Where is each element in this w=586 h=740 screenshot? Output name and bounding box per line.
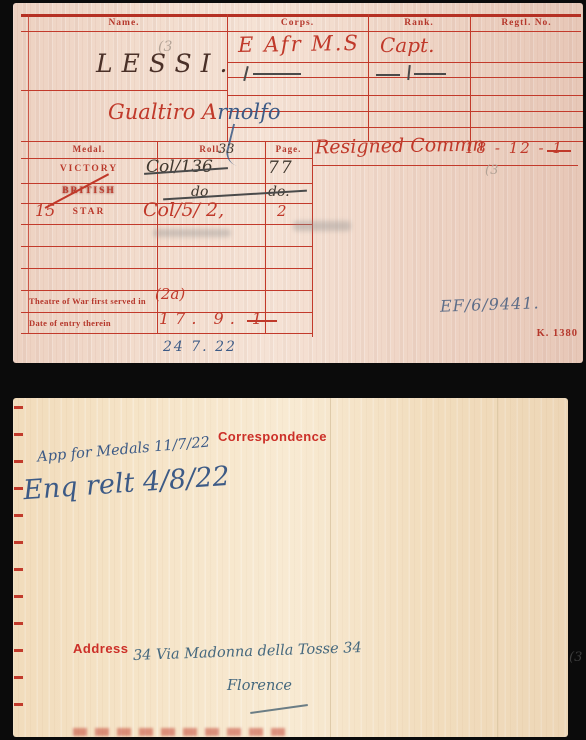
blue-date-note-handwriting: 24 7. 22	[163, 339, 237, 355]
reference-handwriting: EF/6/9441.	[440, 293, 540, 315]
rule-line	[21, 333, 312, 334]
rule-line	[312, 165, 578, 166]
back-card: Correspondence App for Medals 11/7/22 En…	[13, 398, 568, 737]
date-tail-stroke	[247, 320, 277, 322]
theatre-label: Theatre of War first served in	[29, 296, 146, 306]
roll-header: Roll.	[157, 144, 265, 154]
theatre-value-handwriting: (2a)	[155, 285, 185, 303]
rule-line	[265, 141, 266, 333]
roll-note-handwriting: 33	[218, 142, 235, 157]
forename-handwriting-blue: rnolfo	[217, 100, 280, 124]
rank-column-header: Rank.	[368, 18, 470, 28]
rule-line	[21, 268, 312, 269]
star-page-handwriting: 2	[277, 202, 287, 220]
pencil-mark-front-2: (3	[485, 163, 498, 178]
date-entry-handwriting: 17. 9. 1	[159, 309, 268, 328]
rule-line	[21, 224, 312, 225]
victory-page-handwriting: 77	[268, 158, 294, 178]
correspondence-note-2: Enq relt 4/8/22	[22, 461, 230, 506]
corps-column-header: Corps.	[227, 18, 368, 28]
correspondence-note-1: App for Medals 11/7/22	[37, 434, 211, 465]
rule-line	[21, 246, 312, 247]
address-underline-flourish	[250, 704, 308, 714]
medal-index-card-scan: Name. Corps. Rank. Regtl. No. LESSI. Gua…	[0, 0, 586, 740]
remark-date-handwriting: 18 - 12 - 1	[465, 139, 564, 157]
binding-margin-dashes	[14, 406, 23, 721]
name-column-header: Name.	[21, 18, 227, 28]
rule-line	[21, 90, 227, 91]
paper-crease	[497, 398, 498, 737]
address-line-1: 34 Via Madonna della Tosse 34	[133, 640, 362, 664]
cut-off-printed-line	[73, 728, 288, 736]
front-card: Name. Corps. Rank. Regtl. No. LESSI. Gua…	[13, 3, 583, 363]
page-header: Page.	[265, 144, 312, 154]
address-heading: Address	[73, 641, 129, 656]
rule-line	[227, 95, 583, 96]
grey-smudge	[293, 221, 351, 231]
corps-value-handwriting: E Afr M.S	[238, 31, 360, 57]
pencil-mark-front: (3	[158, 39, 172, 55]
remark-handwriting: Resigned Commn	[315, 134, 485, 159]
correspondence-heading: Correspondence	[218, 429, 327, 444]
ditto-stroke	[376, 74, 400, 76]
ditto-stroke	[243, 66, 248, 81]
address-line-2: Florence	[227, 678, 292, 694]
rule-line	[312, 141, 313, 337]
star-roll-handwriting: Col/5/ 2,	[143, 199, 224, 221]
paper-crease	[330, 398, 331, 737]
medal-row-victory-label: VICTORY	[21, 164, 157, 174]
rule-line	[28, 14, 29, 334]
erased-smudge	[153, 229, 231, 237]
rule-line	[227, 127, 583, 128]
form-number: K. 1380	[518, 328, 578, 339]
rank-value-handwriting: Capt.	[380, 33, 434, 57]
forename-handwriting-red: Gualtiro A	[108, 100, 217, 124]
medal-row-british-label: BRITISH	[21, 186, 157, 196]
date-entry-label: Date of entry therein	[29, 318, 111, 328]
rule-line	[21, 14, 581, 17]
rule-line	[227, 77, 583, 78]
regtl-no-column-header: Regtl. No.	[470, 18, 583, 28]
date-tail-stroke	[547, 150, 571, 152]
rule-line	[227, 62, 583, 63]
pencil-mark-back-margin: (3	[569, 650, 582, 665]
victory-roll-handwriting: Col/136	[146, 157, 213, 177]
medal-header: Medal.	[21, 144, 157, 154]
ditto-stroke	[414, 73, 446, 75]
ditto-stroke	[253, 73, 301, 75]
